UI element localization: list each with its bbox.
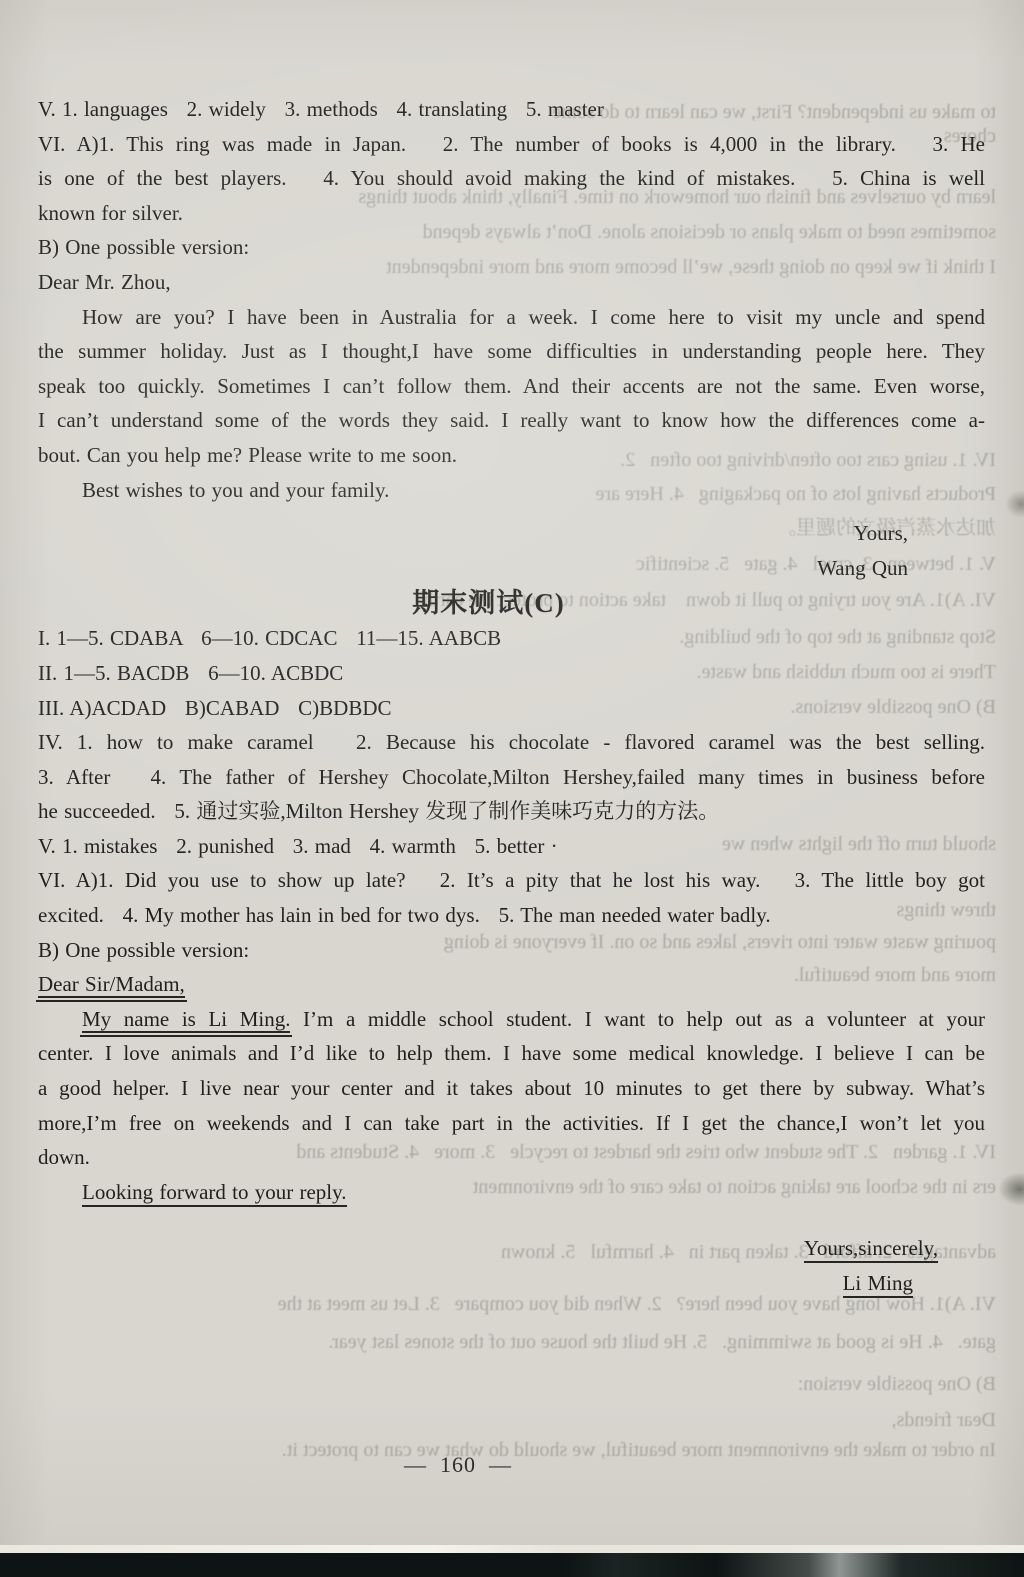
bleed-through-line: gate. 4. He is good at swimming. 5. He b… — [28, 1330, 996, 1354]
text-line: the summer holiday. Just as I thought,I … — [38, 334, 985, 369]
section-heading: 期末测试(C) — [38, 585, 985, 621]
text-line: he succeeded. 5. 通过实验,Milton Hershey 发现了… — [38, 794, 985, 829]
text-line: down. — [38, 1140, 985, 1175]
text-line: VI. A)1. This ring was made in Japan. 2.… — [38, 127, 985, 162]
text-line: B) One possible version: — [38, 230, 985, 265]
text-line: V. 1. languages 2. widely 3. methods 4. … — [38, 92, 985, 127]
text-line: I can’t understand some of the words the… — [38, 403, 985, 438]
text-line: Best wishes to you and your family. — [38, 473, 985, 508]
text-line: I. 1—5. CDABA 6—10. CDCAC 11—15. AABCB — [38, 621, 985, 656]
text-line: My name is Li Ming. I’m a middle school … — [38, 1002, 985, 1037]
underlined-text: Li Ming — [843, 1271, 913, 1298]
text-line: Looking forward to your reply. — [38, 1175, 985, 1210]
scan-edge-highlight — [0, 1545, 1024, 1553]
text-segment: I’m a middle school student. I want to h… — [290, 1007, 985, 1031]
text-line: center. I love animals and I’d like to h… — [38, 1036, 985, 1071]
page-number: — 160 — — [0, 1452, 970, 1478]
underlined-text: My name is Li Ming. — [82, 1007, 290, 1033]
text-line: Yours,sincerely, — [38, 1231, 985, 1266]
scanned-page: to make us independent? First, we can le… — [0, 0, 1024, 1577]
text-line: B) One possible version: — [38, 933, 985, 968]
text-line: more,I’m free on weekends and I can take… — [38, 1106, 985, 1141]
document-text: V. 1. languages 2. widely 3. methods 4. … — [0, 0, 1024, 1301]
text-line: a good helper. I live near your center a… — [38, 1071, 985, 1106]
underlined-text: Dear Sir/Madam, — [38, 972, 185, 998]
scan-edge-shadow — [0, 1553, 1024, 1577]
text-line: is one of the best players. 4. You shoul… — [38, 161, 985, 196]
text-line: Dear Mr. Zhou, — [38, 265, 985, 300]
text-line: III. A)ACDAD B)CABAD C)BDBDC — [38, 691, 985, 726]
text-line: known for silver. — [38, 196, 985, 231]
text-line: VI. A)1. Did you use to show up late? 2.… — [38, 863, 985, 898]
text-line: Wang Qun — [38, 551, 985, 586]
text-line: IV. 1. how to make caramel 2. Because hi… — [38, 725, 985, 760]
text-line: How are you? I have been in Australia fo… — [38, 300, 985, 335]
text-line: Dear Sir/Madam, — [38, 967, 985, 1002]
bleed-through-line: B) One possible version: — [28, 1372, 996, 1396]
text-line: bout. Can you help me? Please write to m… — [38, 438, 985, 473]
text-line: V. 1. mistakes 2. punished 3. mad 4. war… — [38, 829, 985, 864]
bleed-through-line: Dear friends, — [28, 1408, 996, 1432]
text-line: 3. After 4. The father of Hershey Chocol… — [38, 760, 985, 795]
underlined-text: Looking forward to your reply. — [82, 1180, 347, 1207]
text-line: II. 1—5. BACDB 6—10. ACBDC — [38, 656, 985, 691]
text-line: Yours, — [38, 516, 985, 551]
underlined-text: Yours,sincerely, — [804, 1236, 938, 1263]
text-line: Li Ming — [38, 1266, 985, 1301]
text-line: speak too quickly. Sometimes I can’t fol… — [38, 369, 985, 404]
text-line: excited. 4. My mother has lain in bed fo… — [38, 898, 985, 933]
